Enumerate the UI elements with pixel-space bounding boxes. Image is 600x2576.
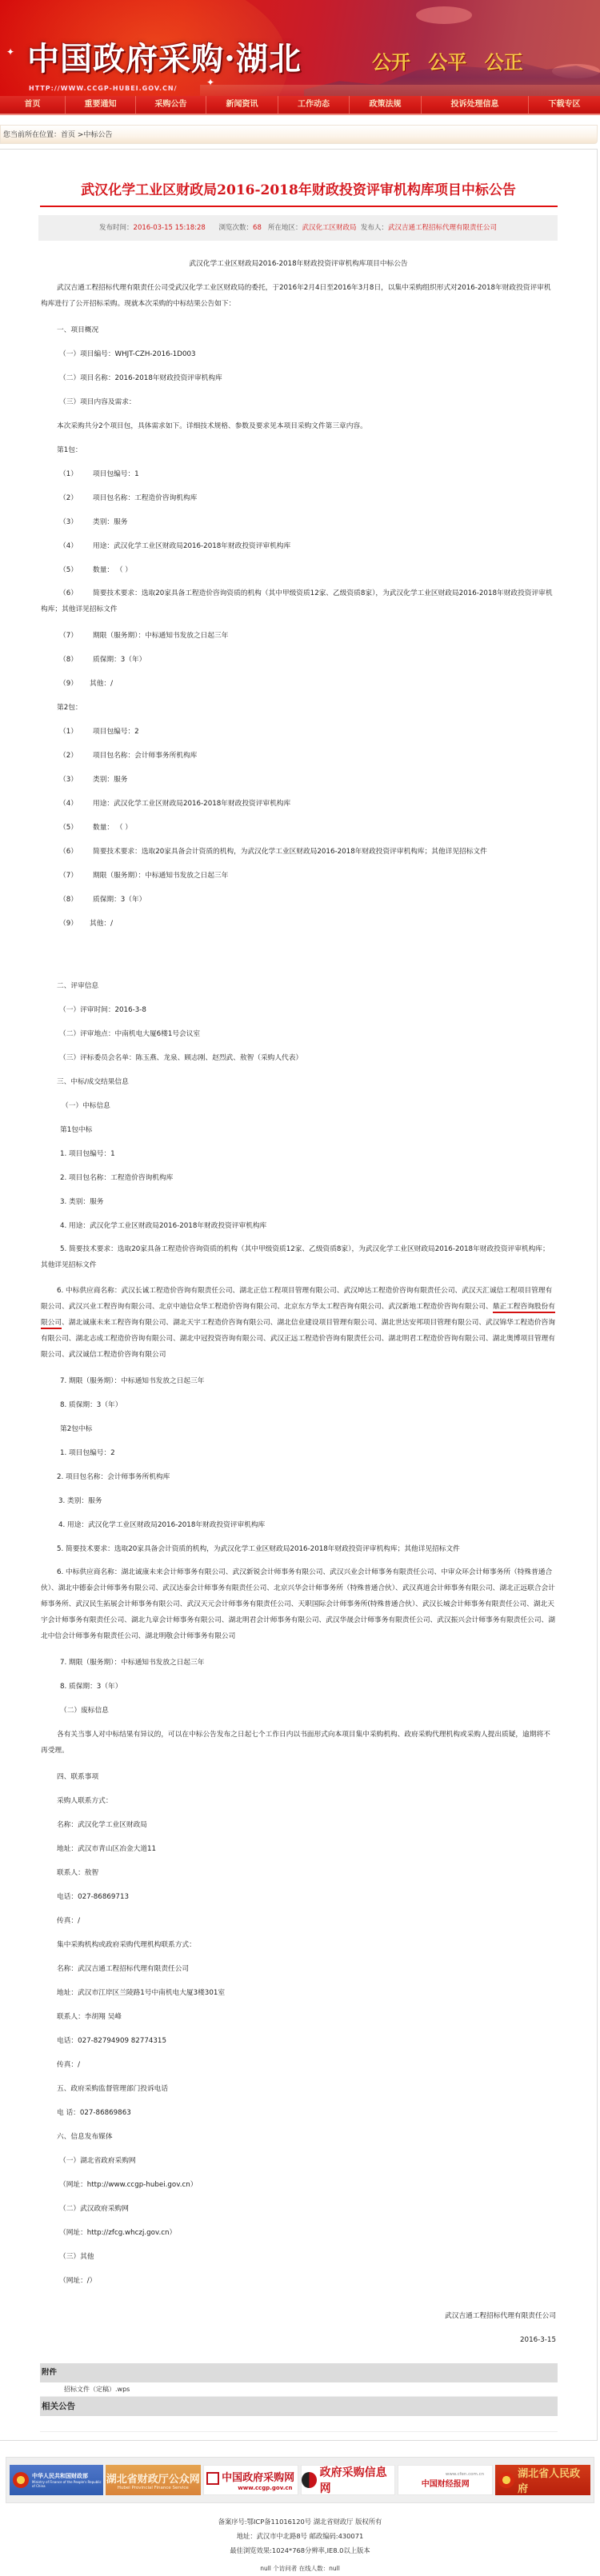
attachments-heading: 附件 (40, 2363, 558, 2382)
subsection-heading: （二）废标信息 (41, 1705, 556, 1716)
package-item: （1）项目包编号：2 (41, 726, 556, 737)
publish-time: 2016-03-15 15:18:28 (134, 224, 206, 232)
win-item: 3. 类别：服务 (41, 1496, 556, 1507)
package-item: （1）项目包编号：1 (41, 469, 556, 480)
package-label: 第1包： (41, 445, 556, 456)
package-item: （4）用途：武汉化学工业区财政局2016-2018年财政投资评审机构库 (41, 541, 556, 552)
footer-icp: 备案序号:鄂ICP备11016120号 湖北省财政厅 版权所有 (0, 2514, 600, 2529)
ccgp-logo-icon (206, 2472, 219, 2485)
footer-visitor-count: null 个访问者 在线人数：null (0, 2562, 600, 2576)
project-desc: 本次采购共分2个项目包，具体需求如下。详细技术规格、参数及要求见本项目采购文件第… (41, 421, 556, 432)
signoff-company: 武汉吉通工程招标代理有限责任公司 (41, 2310, 556, 2322)
media-name: （二）武汉政府采购网 (41, 2203, 556, 2215)
attachment-file-link[interactable]: 招标文件（定稿）.wps (40, 2382, 558, 2397)
link-cfen[interactable]: www.cfen.com.cn 中国财经报网 (398, 2465, 493, 2495)
intro-paragraph: 武汉吉通工程招标代理有限责任公司受武汉化学工业区财政局的委托，于2016年2月4… (41, 280, 556, 312)
win-item: 5. 简要技术要求：选取20家具备工程造价咨询资质的机构（其中甲级资质12家、乙… (41, 1241, 556, 1273)
breadcrumb: 您当前所在位置：首页 >中标公告 (0, 125, 598, 144)
region: 武汉化工区财政局 (302, 224, 357, 232)
subsection-heading: （一）中标信息 (41, 1100, 556, 1112)
win-item: 5. 简要技术要求：选取20家具备会计资质的机构，为武汉化学工业区财政局2016… (41, 1544, 556, 1555)
package-item: （7）期限（服务期）：中标通知书发放之日起三年 (41, 870, 556, 881)
site-logo-url: HTTP://WWW.CCGP-HUBEI.GOV.CN/ (29, 85, 178, 92)
link-hubei-government[interactable]: 湖北省人民政府 (495, 2465, 590, 2495)
nav-item-policies[interactable]: 政策法规 (350, 96, 422, 114)
project-name: （二）项目名称：2016-2018年财政投资评审机构库 (41, 373, 556, 384)
winning-suppliers: 6. 中标供应商名称：湖北诚康未来会计师事务有限公司、武汉新锐会计师事务有限公司… (41, 1564, 556, 1644)
publisher: 武汉吉通工程招标代理有限责任公司 (388, 224, 497, 232)
win-item: 8. 质保期：3（年） (41, 1400, 556, 1411)
contact-line: 联系人：敖智 (41, 1867, 556, 1879)
package-item: （8）质保期：3（年） (41, 654, 556, 665)
package-item: （6）简要技术要求：选取20家具备会计资质的机构，为武汉化学工业区财政局2016… (41, 846, 556, 857)
national-emblem-icon (13, 2472, 29, 2488)
win-package-label: 第1包中标 (41, 1124, 556, 1136)
article-meta: 发布时间：2016-03-15 15:18:28 浏览次数：68 所在地区：武汉… (38, 215, 558, 241)
cloud-decoration (416, 6, 472, 24)
win-item: 2. 项目包名称：工程造价咨询机构库 (41, 1172, 556, 1184)
win-item: 8. 质保期：3（年） (41, 1681, 556, 1692)
contact-line: 电话：027-86869713 (41, 1891, 556, 1903)
footer-browser-note: 最佳浏览效果:1024*768分辨率,IE8.0以上版本 (0, 2543, 600, 2558)
contact-line: 电话：027-82794909 82774315 (41, 2035, 556, 2047)
package-item: （2）项目包名称：会计师事务所机构库 (41, 750, 556, 761)
nav-item-notices[interactable]: 重要通知 (66, 96, 136, 114)
win-item: 4. 用途：武汉化学工业区财政局2016-2018年财政投资评审机构库 (41, 1520, 556, 1531)
package-item: （3）类别：服务 (41, 517, 556, 528)
section-heading: 二、评审信息 (41, 980, 556, 992)
swirl-logo-icon (302, 2472, 317, 2488)
article-body: 武汉化学工业区财政局2016-2018年财政投资评审机构库项目中标公告 武汉吉通… (0, 258, 597, 2346)
nav-item-procurement[interactable]: 采购公告 (136, 96, 206, 114)
contact-label: 采购人联系方式： (41, 1795, 556, 1807)
publish-time-label: 发布时间： (99, 224, 134, 232)
contact-line: 传真：/ (41, 2059, 556, 2071)
win-package-label: 第2包中标 (41, 1424, 556, 1435)
contact-line: 名称：武汉吉通工程招标代理有限责任公司 (41, 1963, 556, 1975)
media-name: （一）湖北省政府采购网 (41, 2155, 556, 2167)
package-item: （4）用途：武汉化学工业区财政局2016-2018年财政投资评审机构库 (41, 798, 556, 809)
site-footer: 备案序号:鄂ICP备11016120号 湖北省财政厅 版权所有 地址：武汉市中北… (0, 2514, 600, 2576)
nav-item-work-updates[interactable]: 工作动态 (278, 96, 350, 114)
contact-line: 传真：/ (41, 1915, 556, 1927)
contact-line: 地址：武汉市江岸区兰陵路1号中南机电大厦3楼301室 (41, 1987, 556, 1999)
signoff-date: 2016-3-15 (41, 2334, 556, 2346)
link-hubei-finance[interactable]: 湖北省财政厅公众网 Hubei Provincial Finance Servi… (106, 2465, 201, 2495)
package-item: （6）简要技术要求：选取20家具备工程造价咨询资质的机构（其中甲级资质12家、乙… (41, 585, 556, 617)
view-count: 68 (253, 224, 262, 232)
section-heading: 四、联系事项 (41, 1771, 556, 1783)
site-logo-title[interactable]: 中国政府采购·湖北 (27, 34, 302, 79)
package-item: （2）项目包名称：工程造价咨询机构库 (41, 493, 556, 504)
nav-item-news[interactable]: 新闻资讯 (206, 96, 278, 114)
article-subtitle: 武汉化学工业区财政局2016-2018年财政投资评审机构库项目中标公告 (41, 258, 556, 270)
winning-suppliers: 6. 中标供应商名称：武汉长诚工程造价咨询有限责任公司、湖北正信工程项目管理有限… (41, 1283, 556, 1363)
site-slogan: 公开 公平 公正 (372, 46, 523, 74)
package-item: （5）数量： （ ） (41, 565, 556, 576)
objection-paragraph: 各有关当事人对中标结果有异议的，可以在中标公告发布之日起七个工作日内以书面形式向… (41, 1727, 556, 1759)
breadcrumb-current[interactable]: 中标公告 (83, 131, 112, 139)
article-container: 武汉化学工业区财政局2016-2018年财政投资评审机构库项目中标公告 发布时间… (0, 149, 598, 2441)
package-item: （5）数量： （ ） (41, 822, 556, 833)
package-item: （9）其他：/ (41, 678, 556, 689)
package-item: （7）期限（服务期）：中标通知书发放之日起三年 (41, 630, 556, 641)
media-url: （网址：/） (41, 2275, 556, 2286)
site-banner: ✦ ✦ 中国政府采购·湖北 HTTP://WWW.CCGP-HUBEI.GOV.… (0, 0, 600, 99)
win-item: 7. 期限（服务期）：中标通知书发放之日起三年 (41, 1657, 556, 1668)
win-item: 3. 类别：服务 (41, 1196, 556, 1208)
breadcrumb-separator: > (75, 131, 83, 139)
complaint-phone: 电 话：027-86869863 (41, 2107, 556, 2119)
review-time: （一）评审时间：2016-3-8 (41, 1004, 556, 1016)
link-ministry-of-finance[interactable]: 中华人民共和国财政部 Ministry of Finance of the Pe… (10, 2465, 103, 2495)
review-committee: （三）评标委员会名单：陈玉燕、龙泉、顾志刚、赵烈武、敖智（采购人代表） (41, 1052, 556, 1064)
win-item: 2. 项目包名称：会计师事务所机构库 (41, 1472, 556, 1483)
contact-line: 名称：武汉化学工业区财政局 (41, 1819, 556, 1831)
region-label: 所在地区： (268, 224, 302, 232)
win-item: 4. 用途：武汉化学工业区财政局2016-2018年财政投资评审机构库 (41, 1220, 556, 1232)
publisher-label: 发布人： (361, 224, 388, 232)
section-heading: 三、中标/成交结果信息 (41, 1076, 556, 1088)
nav-item-downloads[interactable]: 下载专区 (529, 96, 600, 114)
national-emblem-icon (498, 2472, 514, 2488)
related-notices-heading: 相关公告 (40, 2397, 558, 2416)
media-name: （三）其他 (41, 2251, 556, 2262)
sparkle-icon: ✦ (6, 46, 14, 58)
main-nav: 首页 重要通知 采购公告 新闻资讯 工作动态 政策法规 投诉处理信息 下载专区 (0, 96, 600, 115)
win-item: 1. 项目包编号：1 (41, 1148, 556, 1160)
views-label: 浏览次数： (219, 224, 254, 232)
media-url: （网址：http://zfcg.whczj.gov.cn） (41, 2227, 556, 2239)
win-item: 7. 期限（服务期）：中标通知书发放之日起三年 (41, 1376, 556, 1387)
project-code: （一）项目编号：WHJT-CZH-2016-1D003 (41, 349, 556, 360)
package-label: 第2包： (41, 702, 556, 713)
media-url: （网址：http://www.ccgp-hubei.gov.cn） (41, 2179, 556, 2191)
link-procurement-info[interactable]: 政府采购信息网 (301, 2465, 396, 2495)
section-heading: 五、政府采购监督管理部门投诉电话 (41, 2083, 556, 2095)
contact-line: 联系人：李胡翔 吴峰 (41, 2011, 556, 2023)
title-divider (40, 206, 558, 207)
package-item: （8）质保期：3（年） (41, 894, 556, 905)
win-item: 1. 项目包编号：2 (41, 1448, 556, 1459)
section-heading: 一、项目概况 (41, 325, 556, 336)
related-notices-list (40, 2416, 558, 2432)
partner-links: 中华人民共和国财政部 Ministry of Finance of the Pe… (6, 2457, 594, 2503)
nav-item-complaints[interactable]: 投诉处理信息 (422, 96, 529, 114)
section-heading: 六、信息发布媒体 (41, 2131, 556, 2143)
breadcrumb-home-link[interactable]: 首页 (61, 131, 75, 139)
contact-line: 地址：武汉市青山区冶金大道11 (41, 1843, 556, 1855)
review-place: （二）评审地点：中南机电大厦6楼1号会议室 (41, 1028, 556, 1040)
link-ccgp[interactable]: 中国政府采购网 www.ccgp.gov.cn (203, 2465, 298, 2495)
footer-address: 地址：武汉市中北路8号 邮政编码:430071 (0, 2529, 600, 2543)
package-item: （9）其他：/ (41, 918, 556, 929)
contact-label: 集中采购机构或政府采购代理机构联系方式： (41, 1939, 556, 1951)
project-content: （三）项目内容及需求： (41, 397, 556, 408)
page-title: 武汉化学工业区财政局2016-2018年财政投资评审机构库项目中标公告 (0, 150, 597, 201)
breadcrumb-prefix: 您当前所在位置： (3, 131, 61, 139)
package-item: （3）类别：服务 (41, 774, 556, 785)
nav-item-home[interactable]: 首页 (0, 96, 66, 114)
